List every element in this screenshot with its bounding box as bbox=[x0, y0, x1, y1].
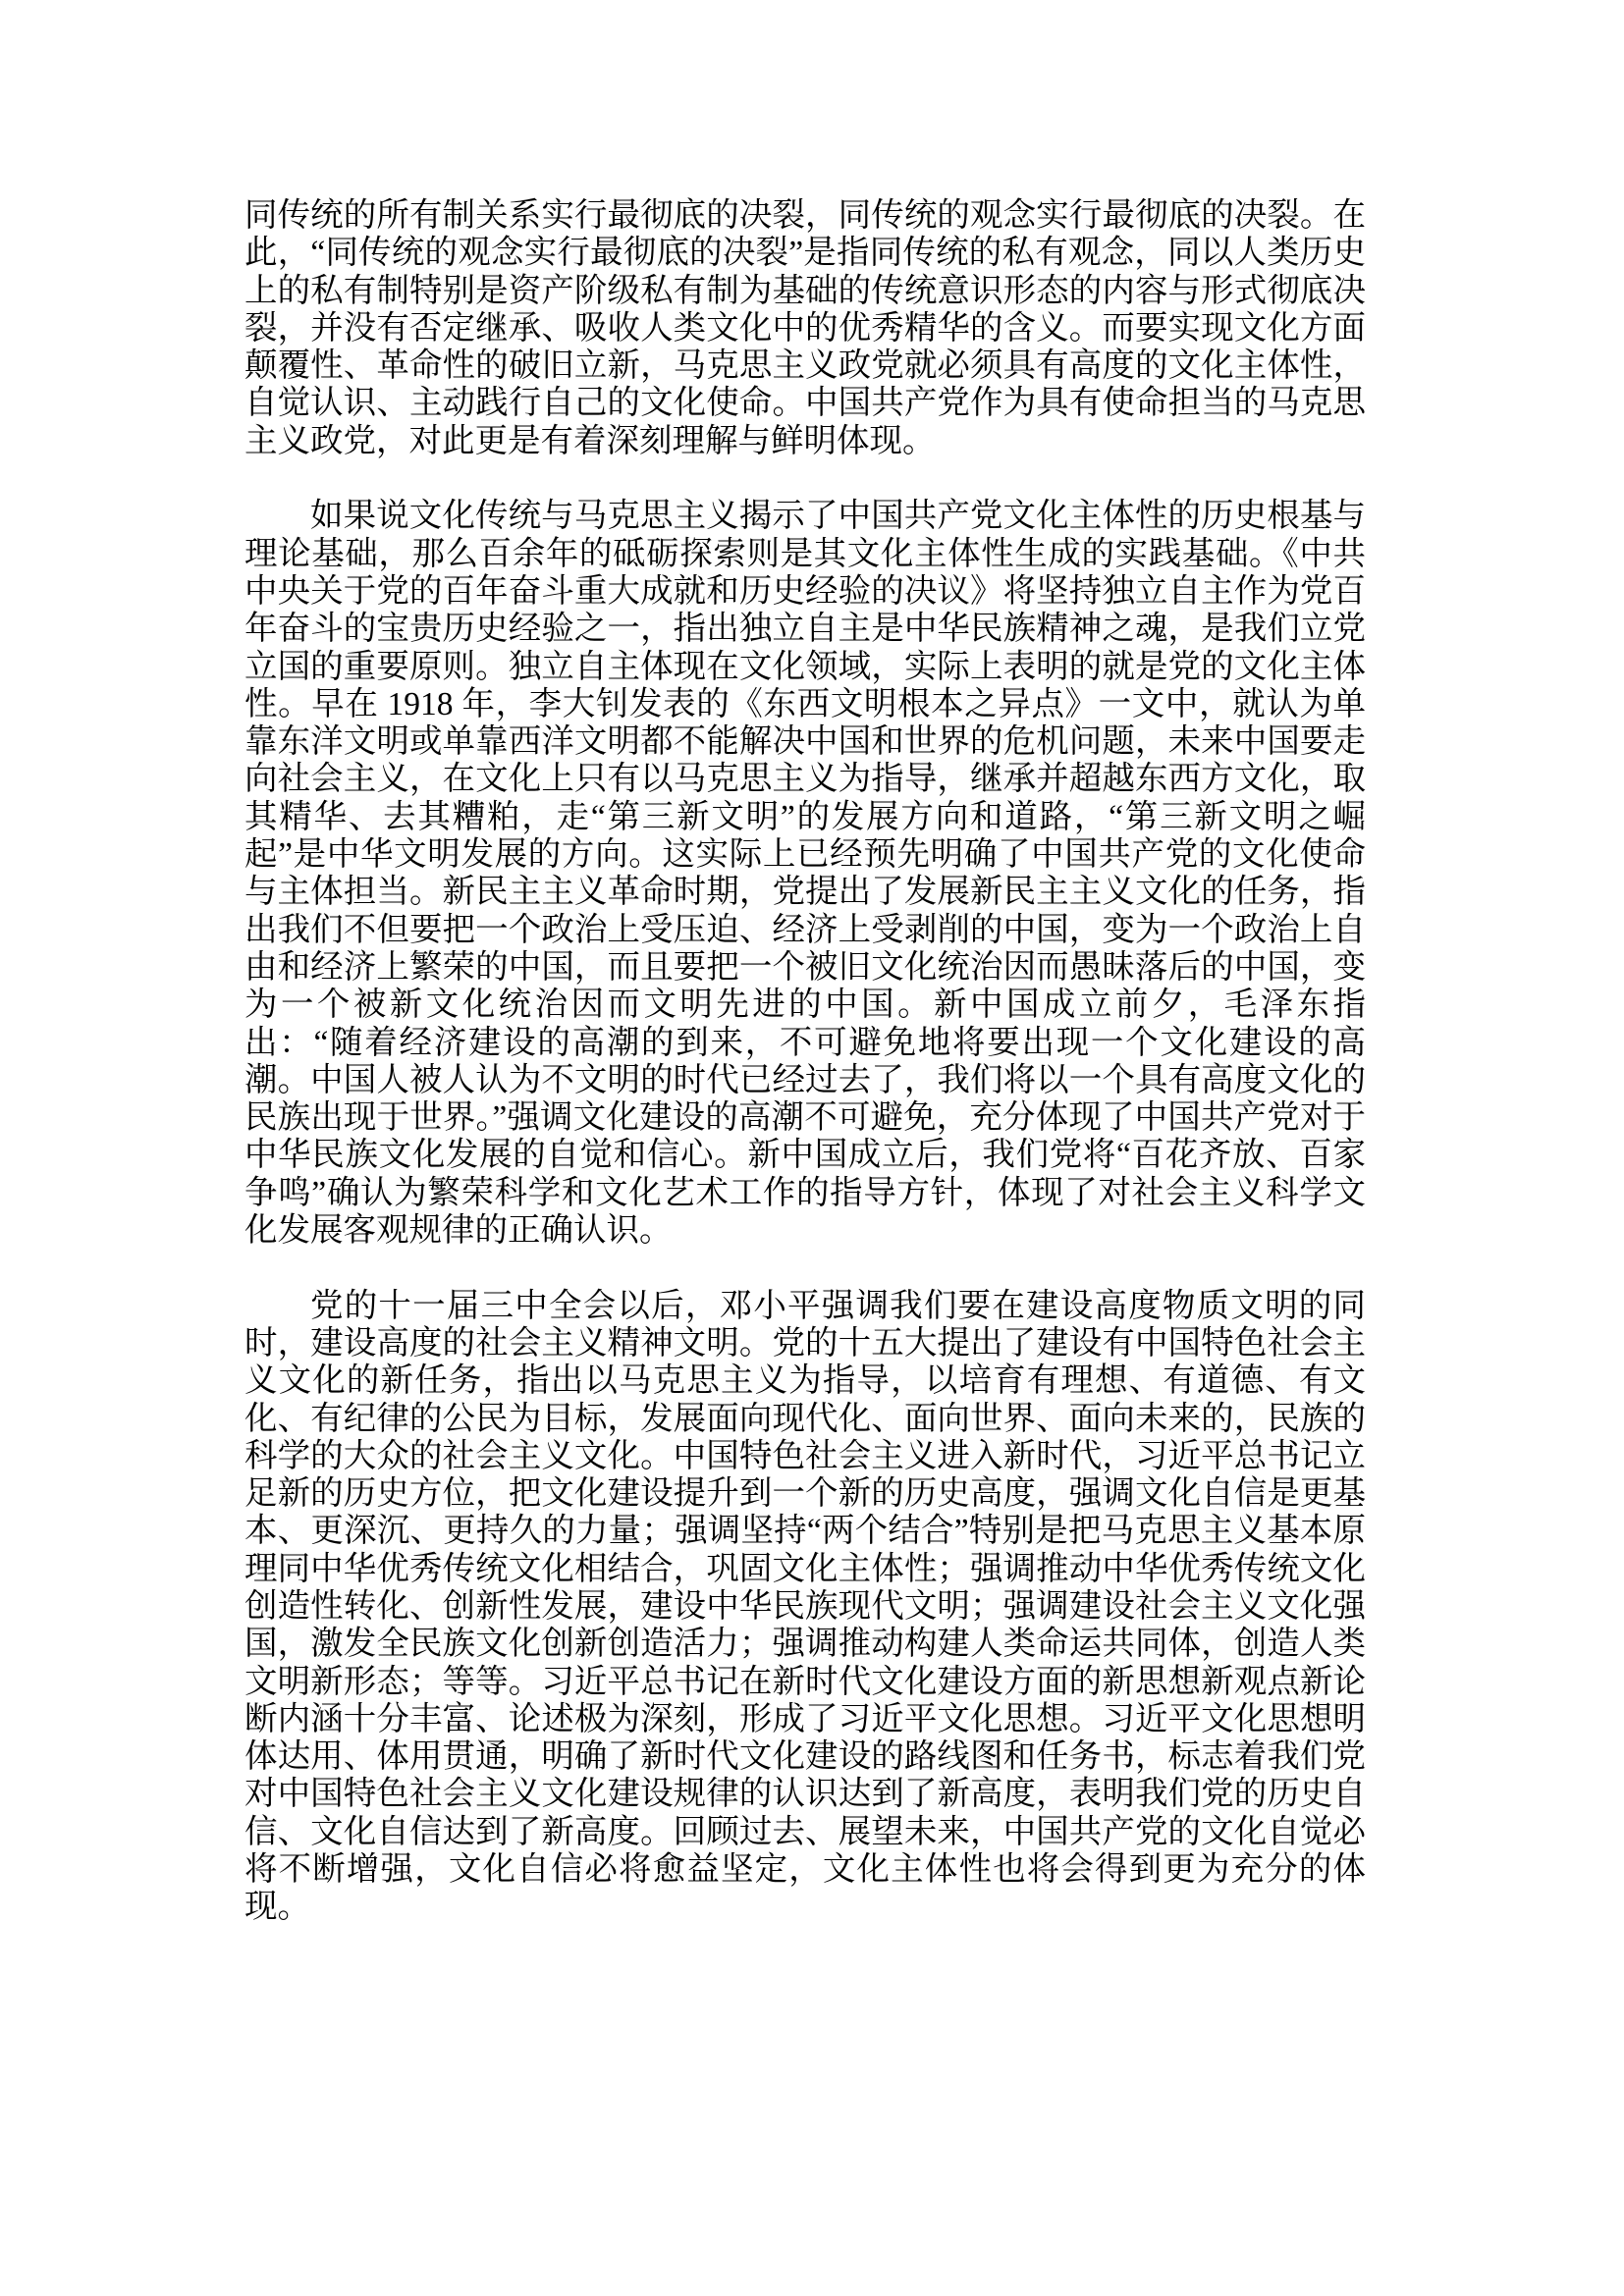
paragraph-1: 同传统的所有制关系实行最彻底的决裂，同传统的观念实行最彻底的决裂。在此，“同传统… bbox=[244, 197, 1366, 460]
document-page: 同传统的所有制关系实行最彻底的决裂，同传统的观念实行最彻底的决裂。在此，“同传统… bbox=[0, 0, 1624, 2296]
paragraph-3: 党的十一届三中全会以后，邓小平强调我们要在建设高度物质文明的同时，建设高度的社会… bbox=[244, 1288, 1366, 1927]
paragraph-2: 如果说文化传统与马克思主义揭示了中国共产党文化主体性的历史根基与理论基础，那么百… bbox=[244, 498, 1366, 1250]
document-text-block: 同传统的所有制关系实行最彻底的决裂，同传统的观念实行最彻底的决裂。在此，“同传统… bbox=[244, 197, 1366, 1927]
